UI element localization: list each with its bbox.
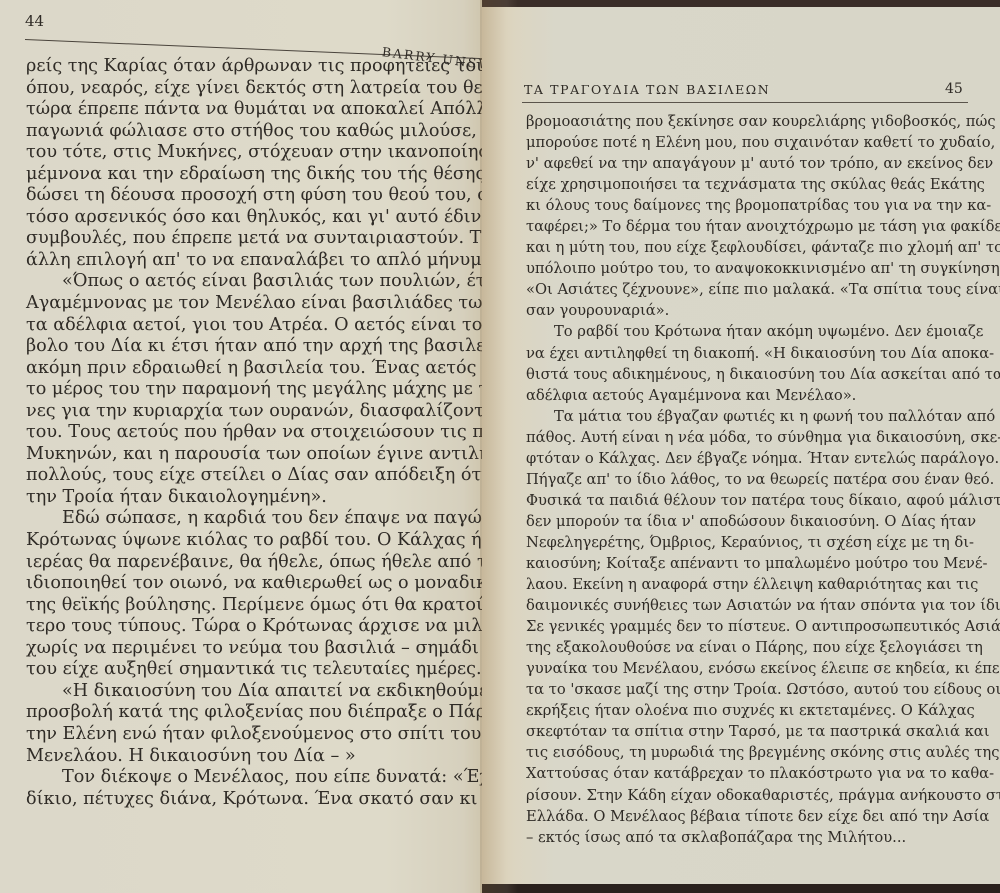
text-line: κι όλους τους δαίμονες της βρομοπατρίδας… [526,195,972,216]
text-line: τις εισόδους, τη μυρωδιά της βρεγμένης σ… [526,742,972,763]
text-line: παγωνιά φώλιασε στο στήθος του καθώς μιλ… [26,121,482,143]
text-line: ν' αφεθεί να την απαγάγουν μ' αυτό τον τ… [526,153,972,174]
text-line: Μυκηνών, και η παρουσία των οποίων έγινε… [26,444,482,466]
text-line: ακόμη πριν εδραιωθεί η βασιλεία του. Ένα… [26,358,482,380]
text-line: ρείς της Καρίας όταν άρθρωναν τις προφητ… [26,56,482,78]
text-line: τα αδέλφια αετοί, γιοι του Ατρέα. Ο αετό… [26,315,482,337]
page-number: 45 [945,81,963,97]
text-line: της θεϊκής βούλησης. Περίμενε όμως ότι θ… [26,595,482,617]
text-line: υπόλοιπο μούτρο του, το αναψοκοκκινισμέν… [526,258,972,279]
text-line: πολλούς, τους είχε στείλει ο Δίας σαν απ… [26,465,482,487]
text-line: προσβολή κατά της φιλοξενίας που διέπραξ… [26,702,482,724]
text-line: λαου. Εκείνη η αναφορά στην έλλειψη καθα… [526,574,972,595]
text-line: να έχει αντιληφθεί τη διακοπή. «Η δικαιο… [526,343,972,364]
right-page-body-text: βρομοασιάτης που ξεκίνησε σαν κουρελιάρη… [526,111,972,848]
running-head-title: ΤΑ ΤΡΑΓΟΥΔΙΑ ΤΩΝ ΒΑΣΙΛΕΩΝ [524,82,770,97]
book-top-edge [480,0,1000,7]
text-line: συμβουλές, που έπρεπε μετά να συνταιριασ… [26,228,482,250]
text-line: ιερέας θα παρενέβαινε, θα ήθελε, όπως ήθ… [26,552,482,574]
header-rule [522,102,968,103]
text-line: καιοσύνη; Κοίταξε απέναντι το μπαλωμένο … [526,553,972,574]
text-line: Κρότωνας ύψωνε κιόλας το ραβδί του. Ο Κά… [26,530,482,552]
text-line: μέμνονα και την εδραίωση της δικής του τ… [26,164,482,186]
text-line: Νεφεληγερέτης, Όμβριος, Κεραύνιος, τι σχ… [526,532,972,553]
text-line: της εξακολουθούσε να είναι ο Πάρης, που … [526,637,972,658]
book-bottom-edge [480,884,1000,893]
text-line: σαν γουρουναριά». [526,300,972,321]
text-line: την Τροία ήταν δικαιολογημένη». [26,487,482,509]
text-line: Σε γενικές γραμμές δεν το πίστευε. Ο αντ… [526,616,972,637]
text-line: αδέλφια αετούς Αγαμέμνονα και Μενέλαο». [526,385,972,406]
text-line: Τον διέκοψε ο Μενέλαος, που είπε δυνατά:… [26,767,482,789]
text-line: Τα μάτια του έβγαζαν φωτιές κι η φωνή το… [526,406,972,427]
text-line: Ελλάδα. Ο Μενέλαος βέβαια τίποτε δεν είχ… [526,806,972,827]
text-line: τερο τους τύπους. Τώρα ο Κρότωνας άρχισε… [26,616,482,638]
text-line: του τότε, στις Μυκήνες, στόχευαν στην ικ… [26,142,482,164]
text-line: χωρίς να περιμένει το νεύμα του βασιλιά … [26,638,482,660]
text-line: φτόταν ο Κάλχας. Δεν έβγαζε νόημα. Ήταν … [526,448,972,469]
text-line: δίκιο, πέτυχες διάνα, Κρότωνα. Ένα σκατό… [26,789,482,811]
page-number: 44 [25,12,44,30]
text-line: και η μύτη του, που είχε ξεφλουδίσει, φά… [526,237,972,258]
text-line: γυναίκα του Μενέλαου, ενόσω εκείνος έλει… [526,658,972,679]
left-page: 44 BARRY UNSWORTH ρείς της Καρίας όταν ά… [0,0,482,893]
text-line: ρίσουν. Στην Κάδη είχαν οδοκαθαριστές, π… [526,785,972,806]
text-line: Αγαμέμνονας με τον Μενέλαο είναι βασιλιά… [26,293,482,315]
text-line: τώρα έπρεπε πάντα να θυμάται να αποκαλεί… [26,99,482,121]
text-line: του. Τους αετούς που ήρθαν να στοιχειώσο… [26,422,482,444]
text-line: θιστά τους αδικημένους, η δικαιοσύνη του… [526,364,972,385]
text-line: – εκτός ίσως από τα σκλαβοπάζαρα της Μιλ… [526,827,972,848]
text-line: το μέρος του την παραμονή της μεγάλης μά… [26,379,482,401]
text-line: «Όπως ο αετός είναι βασιλιάς των πουλιών… [26,271,482,293]
text-line: ιδιοποιηθεί τον οιωνό, να καθιερωθεί ως … [26,573,482,595]
text-line: μπορούσε ποτέ η Ελένη μου, που σιχαινότα… [526,132,972,153]
text-line: Το ραβδί του Κρότωνα ήταν ακόμη υψωμένο.… [526,321,972,342]
text-line: είχε χρησιμοποιήσει τα τεχνάσματα της σκ… [526,174,972,195]
left-page-body-text: ρείς της Καρίας όταν άρθρωναν τις προφητ… [26,56,482,810]
text-line: Μενελάου. Η δικαιοσύνη του Δία – » [26,746,482,768]
text-line: Χαττούσας όταν κατάβρεχαν το πλακόστρωτο… [526,763,972,784]
text-line: τόσο αρσενικός όσο και θηλυκός, και γι' … [26,207,482,229]
text-line: δώσει τη δέουσα προσοχή στη φύση του θεο… [26,185,482,207]
text-line: δεν μπορούν τα ίδια ν' αποδώσουν δικαιοσ… [526,511,972,532]
text-line: εκρήξεις ήταν ολοένα πιο συχνές κι εκτετ… [526,700,972,721]
text-line: βρομοασιάτης που ξεκίνησε σαν κουρελιάρη… [526,111,972,132]
text-line: βολο του Δία κι έτσι ήταν από την αρχή τ… [26,336,482,358]
text-line: Πήγαζε απ' το ίδιο λάθος, το να θεωρείς … [526,469,972,490]
text-line: Εδώ σώπασε, η καρδιά του δεν έπαψε να πα… [26,508,482,530]
text-line: «Η δικαιοσύνη του Δία απαιτεί να εκδικηθ… [26,681,482,703]
text-line: πάθος. Αυτή είναι η νέα μόδα, το σύνθημα… [526,427,972,448]
text-line: την Ελένη ενώ ήταν φιλοξενούμενος στο σπ… [26,724,482,746]
text-line: ταφέρει;» Το δέρμα του ήταν ανοιχτόχρωμο… [526,216,972,237]
text-line: όπου, νεαρός, είχε γίνει δεκτός στη λατρ… [26,78,482,100]
text-line: του είχε αυξηθεί σημαντικά τις τελευταίε… [26,659,482,681]
text-line: άλλη επιλογή απ' το να επαναλάβει το απλ… [26,250,482,272]
right-page: ΤΑ ΤΡΑΓΟΥΔΙΑ ΤΩΝ ΒΑΣΙΛΕΩΝ 45 βρομοασιάτη… [482,7,1000,884]
text-line: «Οι Ασιάτες ζέχνουνε», είπε πιο μαλακά. … [526,279,972,300]
text-line: δαιμονικές συνήθειες των Ασιατών να ήταν… [526,595,972,616]
text-line: σκεφτόταν τα σπίτια στην Ταρσό, με τα πα… [526,721,972,742]
text-line: νες για την κυριαρχία των ουρανών, διασφ… [26,401,482,423]
text-line: Φυσικά τα παιδιά θέλουν τον πατέρα τους … [526,490,972,511]
text-line: τα το 'σκασε μαζί της στην Τροία. Ωστόσο… [526,679,972,700]
